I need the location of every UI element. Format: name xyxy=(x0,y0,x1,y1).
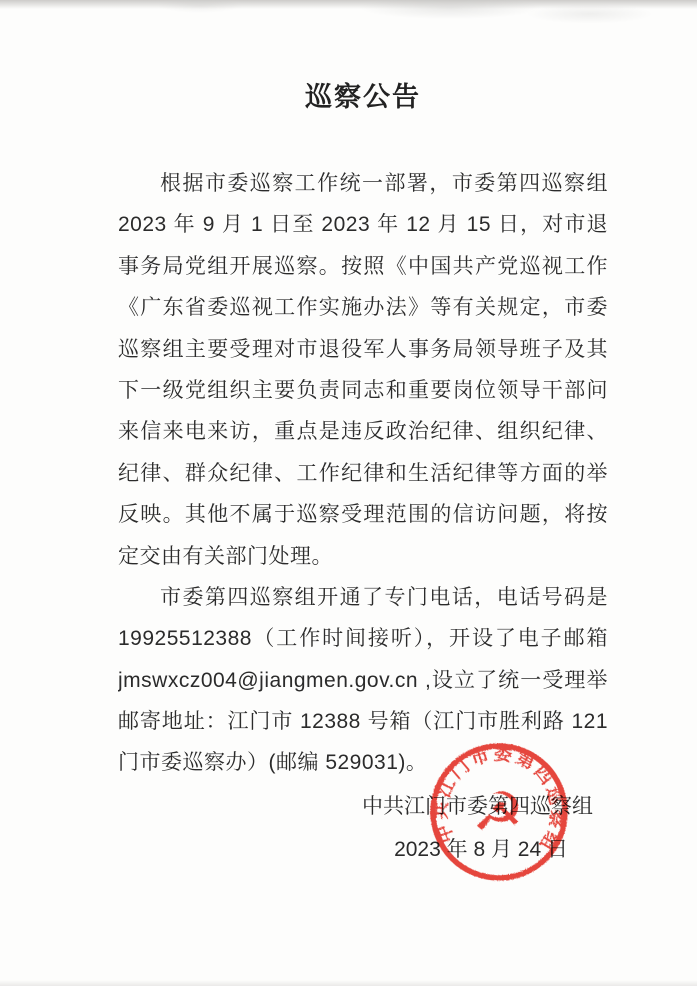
document-content: 巡察公告 根据市委巡察工作统一部署，市委第四巡察组从 2023 年 9 月 1 … xyxy=(0,0,697,871)
body-line: 事务局党组开展巡察。按照《中国共产党巡视工作条例》 xyxy=(118,246,608,287)
body-line: 来信来电来访，重点是违反政治纪律、组织纪律、廉洁 xyxy=(118,411,608,452)
body-line: 反映。其他不属于巡察受理范围的信访问题，将按照规 xyxy=(118,494,608,535)
body-line: jmswxcz004@jiangmen.gov.cn ,设立了统一受理举报的 xyxy=(118,660,608,701)
body-line: 2023 年 9 月 1 日至 2023 年 12 月 15 日，对市退役军人 xyxy=(118,204,608,245)
inspection-notice-document: 巡察公告 根据市委巡察工作统一部署，市委第四巡察组从 2023 年 9 月 1 … xyxy=(0,0,697,986)
body-line: 《广东省委巡视工作实施办法》等有关规定，市委第四 xyxy=(118,287,608,328)
body-line: 邮寄地址：江门市 12388 号箱（江门市胜利路 121 号江 xyxy=(118,701,608,742)
body-line: 定交由有关部门处理。 xyxy=(118,536,608,577)
body-line: 19925512388（工作时间接听），开设了电子邮箱 xyxy=(118,618,608,659)
paragraph-1: 根据市委巡察工作统一部署，市委第四巡察组从 2023 年 9 月 1 日至 20… xyxy=(118,163,608,577)
body-line: 纪律、群众纪律、工作纪律和生活纪律等方面的举报和 xyxy=(118,453,608,494)
body-line: 巡察组主要受理对市退役军人事务局领导班子及其成员、 xyxy=(118,329,608,370)
seal-emblem-icon: ☭ xyxy=(470,779,527,849)
official-seal: 中共江门市委第四巡察组 ☭ xyxy=(420,733,578,891)
notice-title: 巡察公告 xyxy=(118,82,608,112)
body-line: 市委第四巡察组开通了专门电话，电话号码是 xyxy=(118,577,608,618)
body-line: 下一级党组织主要负责同志和重要岗位领导干部问题的 xyxy=(118,370,608,411)
body-line: 根据市委巡察工作统一部署，市委第四巡察组从 xyxy=(118,163,608,204)
